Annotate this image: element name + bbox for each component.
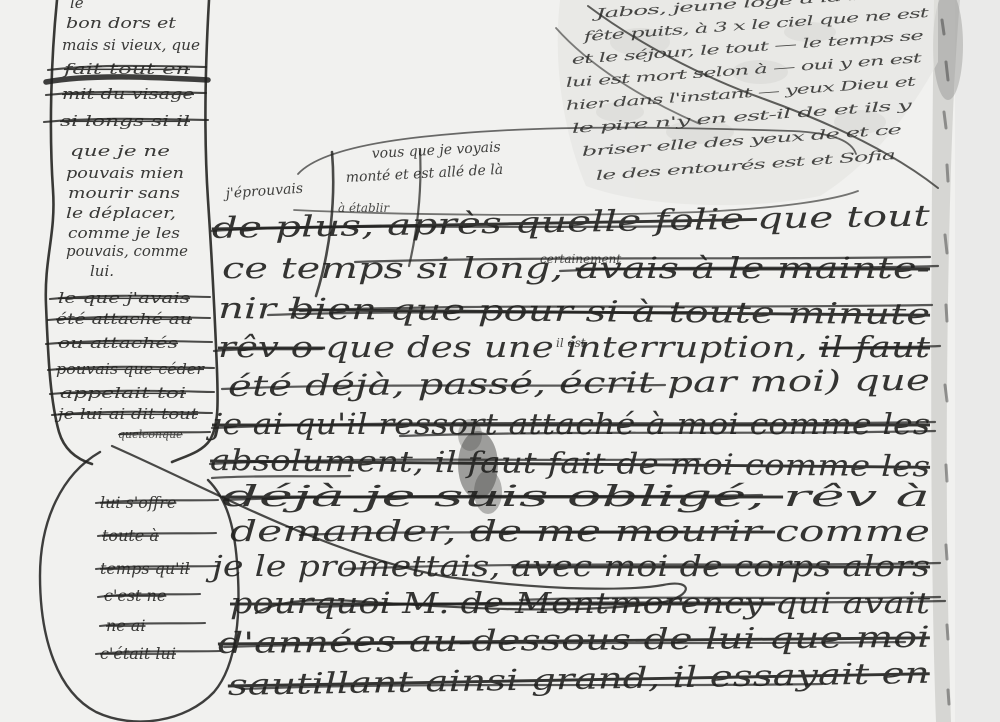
strip-line: pouvais mien [66, 164, 184, 182]
strip-line: mais si vieux, que [62, 36, 200, 54]
main-text: de plus, après quelle folie que tout ce … [205, 198, 931, 702]
photo-background-strip [955, 0, 1000, 722]
main-line: été déjà, passé, écrit par moi) que [228, 363, 930, 403]
strip-line: fait tout en [63, 60, 190, 78]
strip-line: le [70, 0, 84, 12]
strip-line: mourir sans [68, 184, 180, 202]
main-line: nir bien que pour si à toute minute [218, 291, 930, 331]
strip-line: lui. [90, 262, 114, 280]
strip-line: comme je les [68, 224, 180, 242]
strip-line: quelconque [118, 428, 183, 441]
strip-line: pouvais, comme [66, 242, 188, 260]
strip-line: bon dors et [66, 14, 177, 32]
main-line: je le promettais, avec moi de corps alor… [205, 549, 930, 583]
strip-line: le déplacer, [66, 204, 176, 222]
main-line: rêv o que des une interruption, il faut [218, 330, 930, 364]
manuscript-photo: le bon dors et mais si vieux, que fait t… [0, 0, 1000, 722]
strip-line: mit du visage [62, 85, 194, 103]
main-line: demander, de me mourir comme [230, 514, 930, 548]
strip-line: que je ne [70, 142, 170, 160]
strip-line: si longs si il [60, 112, 190, 130]
manuscript-page: le bon dors et mais si vieux, que fait t… [0, 0, 1000, 722]
main-line: d'années au-dessous de lui que moi [218, 620, 930, 660]
